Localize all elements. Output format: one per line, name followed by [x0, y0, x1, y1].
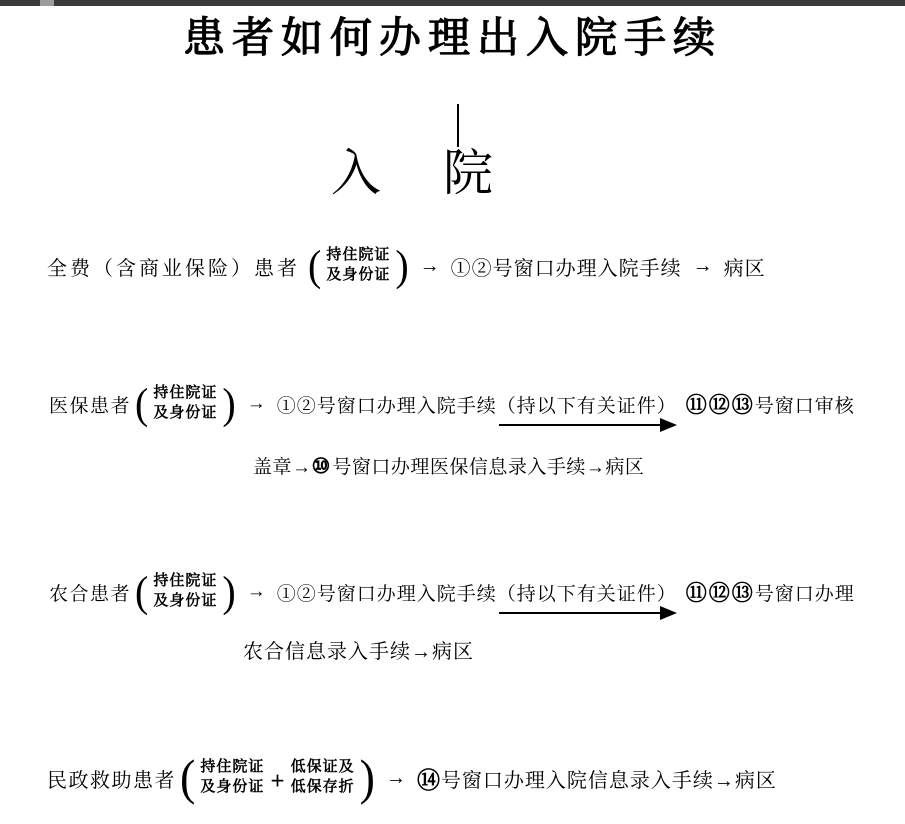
- flow-arrow-icon: →: [386, 767, 406, 790]
- top-edge-notch: [40, 0, 54, 6]
- flow-row-yibao-line2: 盖章→⑩号窗口办理医保信息录入手续→病区: [253, 452, 644, 479]
- required-documents: 持住院证 及身份证: [153, 572, 217, 612]
- flow-underline-arrow: [499, 612, 661, 614]
- window-number: ⑭: [417, 762, 441, 795]
- step-text: 号窗口办理医保信息录入手续→病区: [332, 457, 644, 478]
- close-paren: ): [395, 244, 408, 287]
- flow-arrow-icon: →: [247, 581, 266, 603]
- step-text: 号窗口审核: [755, 391, 855, 418]
- step-text: ①②号窗口办理入院手续: [277, 391, 497, 418]
- doc-line: 持住院证: [200, 758, 264, 778]
- open-paren: (: [135, 382, 148, 425]
- certs-note: （持以下有关证件）: [497, 391, 677, 418]
- patient-type-label: 全费（含商业保险）患者: [47, 252, 300, 281]
- open-paren: (: [308, 244, 321, 287]
- window-top-edge: [0, 0, 905, 6]
- doc-line: 低保存折: [291, 778, 355, 798]
- patient-type-label: 农合患者: [49, 579, 131, 606]
- flow-row-full-fee: 全费（含商业保险）患者 ( 持住院证 及身份证 ) → ①②号窗口办理入院手续 …: [47, 241, 766, 291]
- arrowhead-icon: [660, 606, 677, 620]
- doc-line: 持住院证: [153, 384, 217, 404]
- doc-line: 低保证及: [291, 758, 355, 778]
- certs-text: （持以下有关证件）: [497, 396, 677, 417]
- heading-char-left: 入: [331, 143, 381, 203]
- document-title: 患者如何办理出入院手续: [0, 14, 905, 64]
- close-paren: ): [360, 753, 375, 803]
- doc-line: 及身份证: [326, 266, 390, 286]
- open-paren: (: [180, 753, 195, 803]
- doc-line: 及身份证: [153, 404, 217, 424]
- required-documents: 低保证及 低保存折: [291, 758, 355, 798]
- section-heading-admission: 入 院: [331, 143, 493, 203]
- window-numbers: ⑪⑫⑬: [686, 577, 755, 607]
- flow-arrow-icon: →: [420, 255, 440, 278]
- doc-line: 及身份证: [200, 778, 264, 798]
- step-text: ①②号窗口办理入院手续: [277, 579, 497, 606]
- required-documents: 持住院证 及身份证: [200, 758, 264, 798]
- certs-text: （持以下有关证件）: [497, 584, 677, 605]
- step-text: 农合信息录入手续→病区: [243, 641, 474, 663]
- flow-row-yibao: 医保患者 ( 持住院证 及身份证 ) → ①②号窗口办理入院手续 （持以下有关证…: [49, 379, 855, 429]
- title-connector-line: [457, 104, 459, 147]
- step-text: 盖章→: [253, 457, 312, 478]
- doc-line: 及身份证: [153, 592, 217, 612]
- plus-icon: +: [270, 769, 284, 794]
- window-number: ⑩: [312, 454, 333, 478]
- doc-line: 持住院证: [153, 572, 217, 592]
- flow-row-minzheng: 民政救助患者 ( 持住院证 及身份证 + 低保证及 低保存折 ) → ⑭ 号窗口…: [47, 750, 777, 806]
- destination-label: 病区: [724, 252, 766, 281]
- step-text: ①②号窗口办理入院手续: [451, 252, 682, 281]
- step-text: 号窗口办理: [755, 579, 855, 606]
- certs-note: （持以下有关证件）: [497, 579, 677, 606]
- heading-char-right: 院: [443, 143, 493, 203]
- flow-arrow-icon: →: [693, 255, 713, 278]
- doc-line: 持住院证: [326, 246, 390, 266]
- required-documents: 持住院证 及身份证: [153, 384, 217, 424]
- patient-type-label: 民政救助患者: [47, 764, 176, 793]
- step-text: 号窗口办理入院信息录入手续→病区: [441, 764, 777, 793]
- window-numbers: ⑪⑫⑬: [686, 389, 755, 419]
- close-paren: ): [222, 570, 235, 613]
- arrowhead-icon: [660, 418, 677, 432]
- document-page: 患者如何办理出入院手续 入 院 全费（含商业保险）患者 ( 持住院证 及身份证 …: [0, 0, 905, 824]
- patient-type-label: 医保患者: [49, 391, 131, 418]
- flow-row-nonghe: 农合患者 ( 持住院证 及身份证 ) → ①②号窗口办理入院手续 （持以下有关证…: [49, 565, 855, 619]
- flow-arrow-icon: →: [247, 393, 266, 415]
- flow-row-nonghe-line2: 农合信息录入手续→病区: [243, 635, 474, 664]
- open-paren: (: [135, 570, 148, 613]
- close-paren: ): [222, 382, 235, 425]
- flow-underline-arrow: [499, 424, 661, 426]
- required-documents: 持住院证 及身份证: [326, 246, 390, 286]
